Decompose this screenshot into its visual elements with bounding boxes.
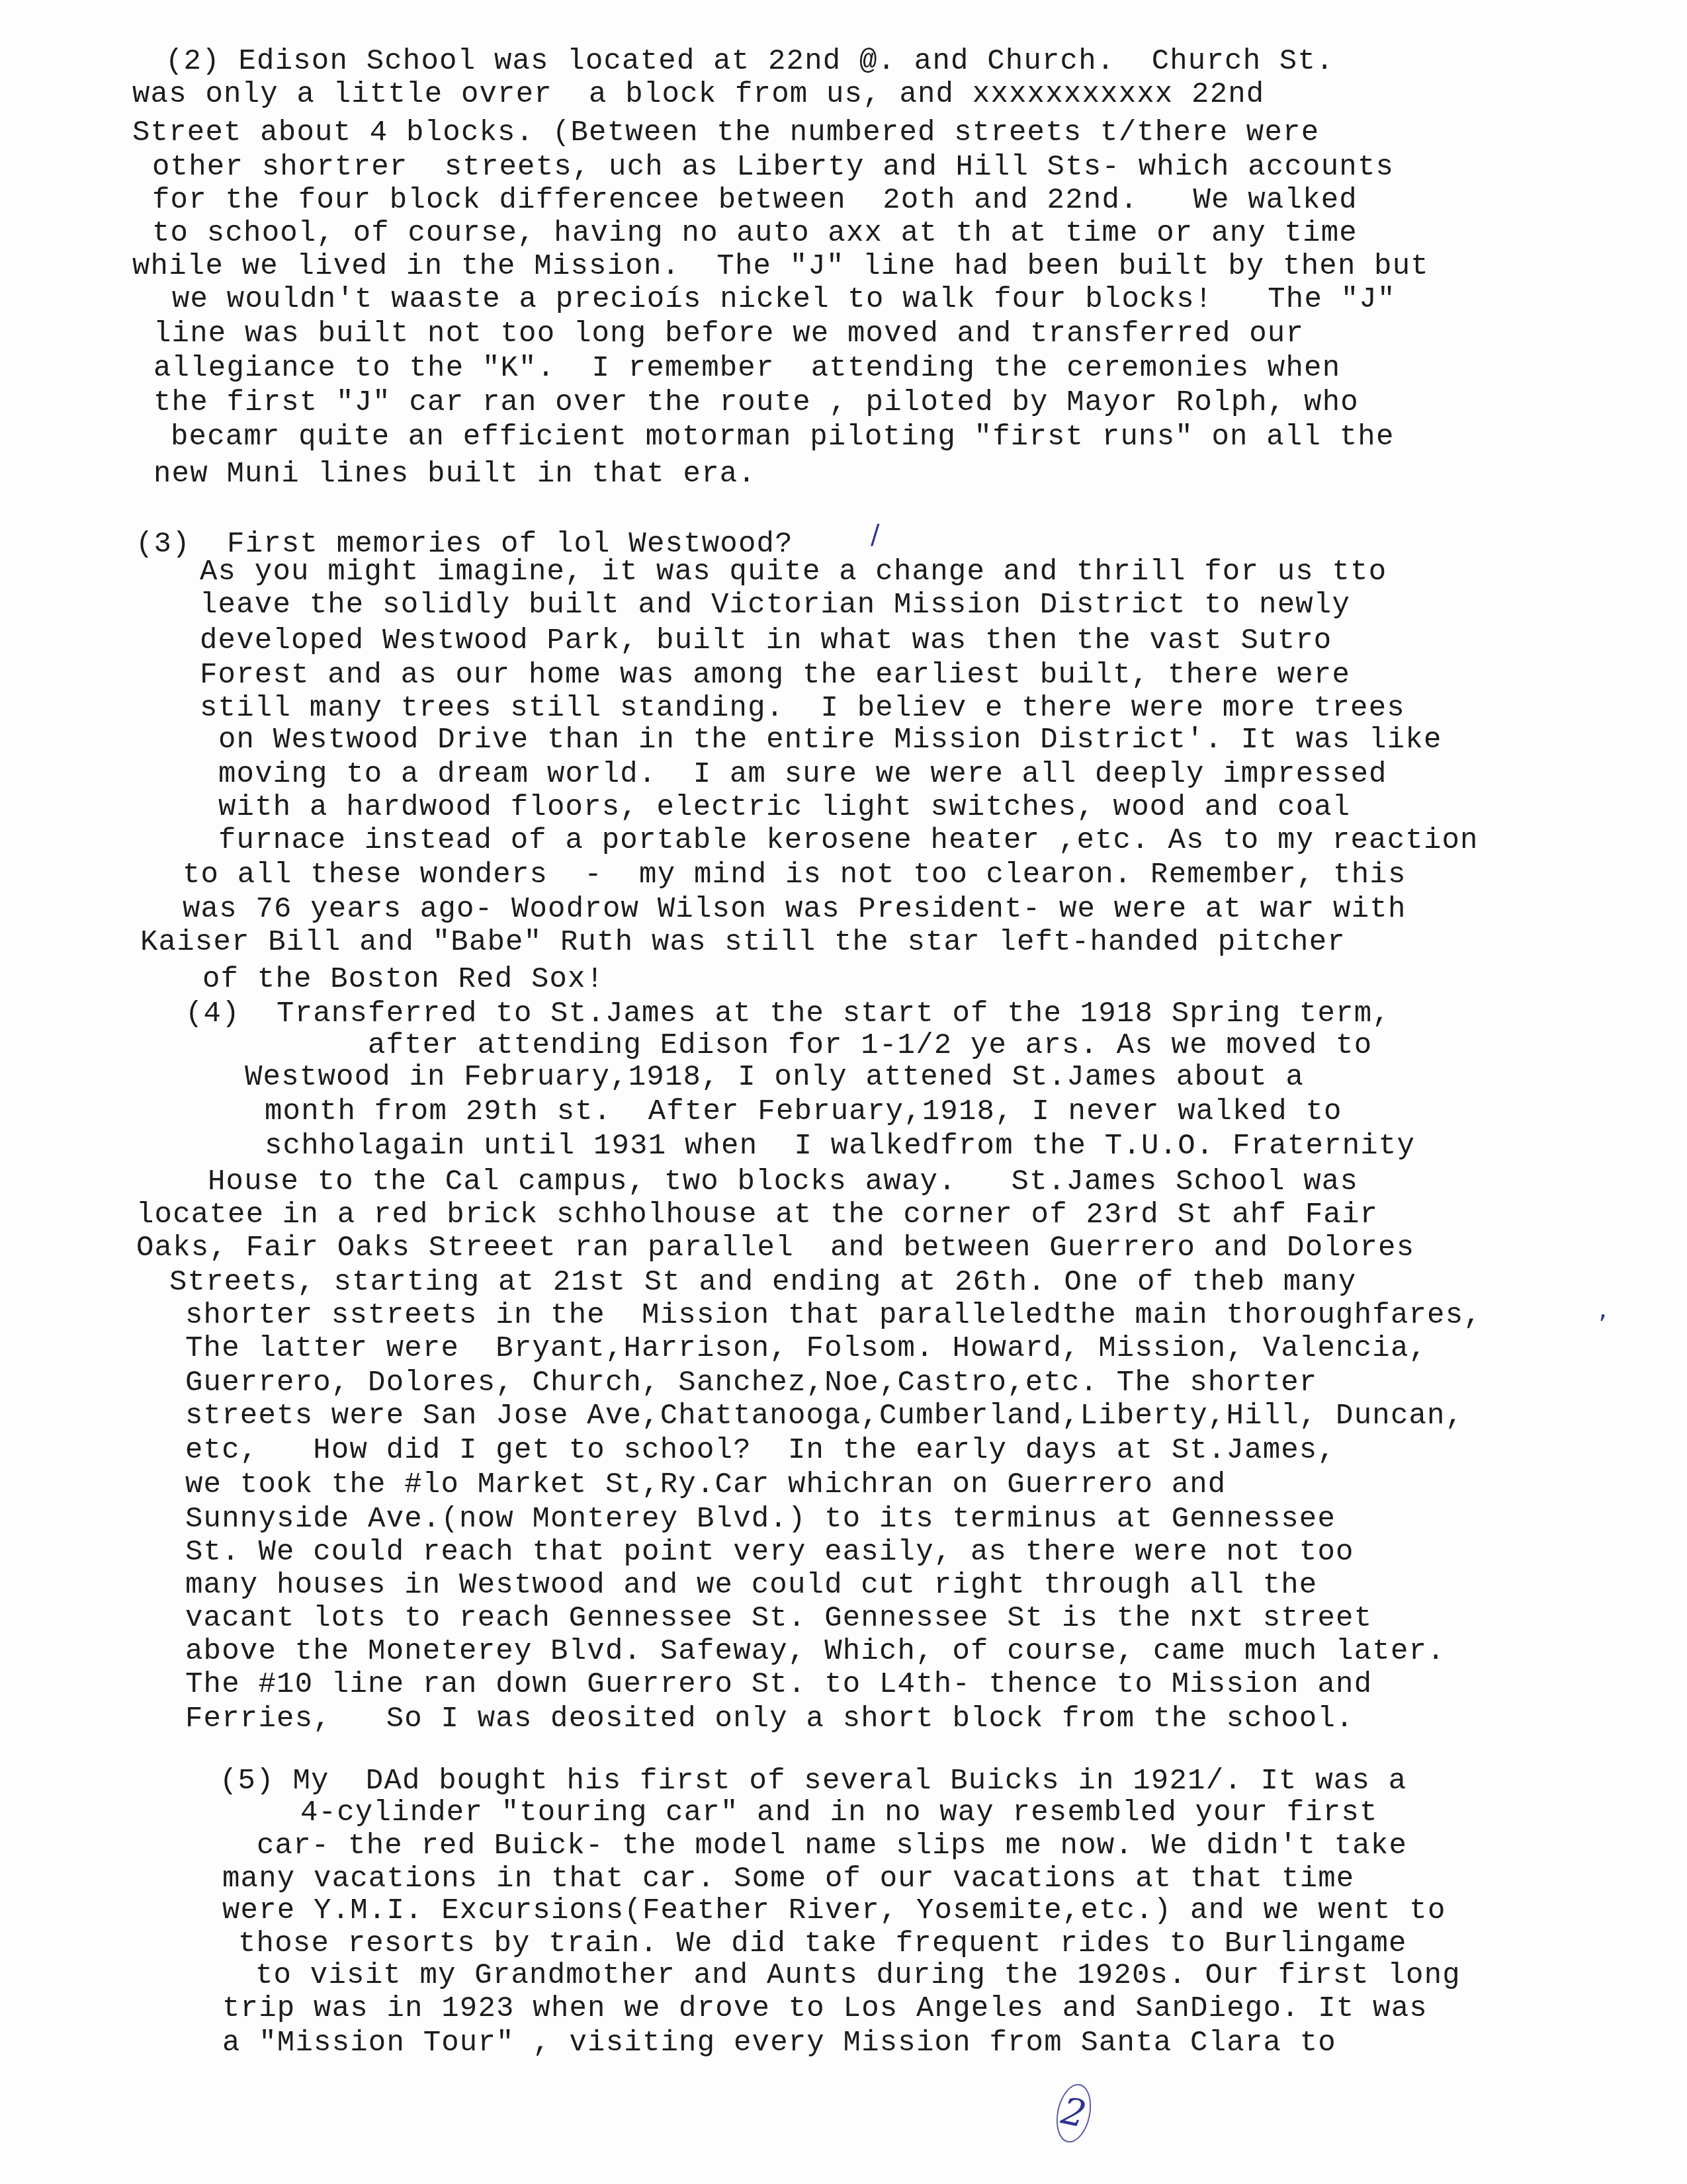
text-line: for the four block differencee between 2… — [152, 184, 1358, 217]
text-line: Ferries, So I was deosited only a short … — [185, 1702, 1354, 1736]
text-line: vacant lots to reach Gennessee St. Genne… — [185, 1602, 1372, 1635]
text-line: (2) Edison School was located at 22nd @.… — [165, 45, 1334, 78]
document-page: (2) Edison School was located at 22nd @.… — [0, 0, 1687, 2184]
text-line: furnace instead of a portable kerosene h… — [218, 824, 1479, 857]
text-line: As you might imagine, it was quite a cha… — [200, 556, 1387, 589]
text-line: House to the Cal campus, two blocks away… — [208, 1165, 1358, 1198]
text-line: Sunnyside Ave.(now Monterey Blvd.) to it… — [185, 1503, 1336, 1536]
text-line: Streets, starting at 21st St and ending … — [169, 1266, 1356, 1299]
text-line: other shortrer streets, uch as Liberty a… — [152, 151, 1394, 184]
text-line: locatee in a red brick schholhouse at th… — [136, 1198, 1378, 1232]
text-line: still many trees still standing. I belie… — [200, 692, 1405, 725]
text-line: trip was in 1923 when we drove to Los An… — [222, 1992, 1428, 2025]
text-line: Westwood in February,1918, I only attene… — [245, 1061, 1304, 1094]
text-line: Guerrero, Dolores, Church, Sanchez,Noe,C… — [185, 1366, 1317, 1400]
text-line: leave the solidly built and Victorian Mi… — [200, 589, 1350, 622]
text-line: we took the #lo Market St,Ry.Car whichra… — [185, 1468, 1226, 1501]
text-line: shorter sstreets in the Mission that par… — [185, 1299, 1482, 1332]
text-line: becamr quite an efficient motorman pilot… — [171, 421, 1395, 454]
text-line: were Y.M.I. Excursions(Feather River, Yo… — [222, 1894, 1446, 1927]
text-line: above the Moneterey Blvd. Safeway, Which… — [185, 1635, 1446, 1668]
text-line: etc, How did I get to school? In the ear… — [185, 1434, 1336, 1467]
handwritten-page-number: 2 — [1051, 2081, 1096, 2146]
text-line: while we lived in the Mission. The "J" l… — [132, 250, 1429, 283]
text-line: line was built not too long before we mo… — [153, 317, 1304, 351]
pen-check-mark: ‚ — [1598, 1294, 1607, 1324]
text-line: Oaks, Fair Oaks Streeet ran parallel and… — [136, 1232, 1414, 1265]
section-heading: (4) Transferred to St.James at the start… — [185, 997, 1391, 1030]
text-line: after attending Edison for 1-1/2 ye ars.… — [368, 1029, 1372, 1062]
text-line: schholagain until 1931 when I walkedfrom… — [265, 1130, 1415, 1163]
text-line: The #10 line ran down Guerrero St. to L4… — [185, 1668, 1372, 1701]
section-heading: (5) My DAd bought his first of several B… — [220, 1765, 1406, 1798]
text-line: developed Westwood Park, built in what w… — [200, 624, 1332, 657]
text-line: to visit my Grandmother and Aunts during… — [255, 1959, 1461, 1992]
text-line: 4-cylinder "touring car" and in no way r… — [300, 1796, 1378, 1829]
text-line: those resorts by train. We did take freq… — [238, 1927, 1407, 1960]
text-line: streets were San Jose Ave,Chattanooga,Cu… — [185, 1400, 1463, 1433]
text-line: month from 29th st. After February,1918,… — [265, 1095, 1342, 1128]
text-line: many houses in Westwood and we could cut… — [185, 1569, 1317, 1602]
text-line: Forest and as our home was among the ear… — [200, 659, 1350, 692]
text-line: The latter were Bryant,Harrison, Folsom.… — [185, 1332, 1427, 1365]
text-line: the first "J" car ran over the route , p… — [153, 386, 1359, 419]
text-line: with a hardwood floors, electric light s… — [218, 791, 1350, 824]
text-line: Kaiser Bill and "Babe" Ruth was still th… — [140, 926, 1346, 959]
text-line: many vacations in that car. Some of our … — [222, 1863, 1354, 1896]
text-line: on Westwood Drive than in the entire Mis… — [218, 724, 1442, 757]
text-line: was 76 years ago- Woodrow Wilson was Pre… — [183, 893, 1406, 926]
text-line: a "Mission Tour" , visiting every Missio… — [222, 2027, 1336, 2060]
text-line: to school, of course, having no auto axx… — [152, 217, 1358, 250]
text-line: moving to a dream world. I am sure we we… — [218, 758, 1387, 791]
text-line: was only a little ovrer a block from us,… — [132, 78, 1264, 111]
text-line: we wouldn't waaste a precioís nickel to … — [172, 283, 1396, 316]
text-line: of the Boston Red Sox! — [202, 963, 604, 996]
text-line: Street about 4 blocks. (Between the numb… — [132, 116, 1319, 149]
text-line: St. We could reach that point very easil… — [185, 1536, 1354, 1569]
text-line: car- the red Buick- the model name slips… — [257, 1829, 1407, 1863]
text-line: allegiance to the "K". I remember attend… — [153, 352, 1340, 385]
text-line: new Muni lines built in that era. — [153, 458, 756, 491]
pen-slash-mark: / — [871, 520, 879, 550]
text-line: to all these wonders - my mind is not to… — [183, 859, 1406, 892]
